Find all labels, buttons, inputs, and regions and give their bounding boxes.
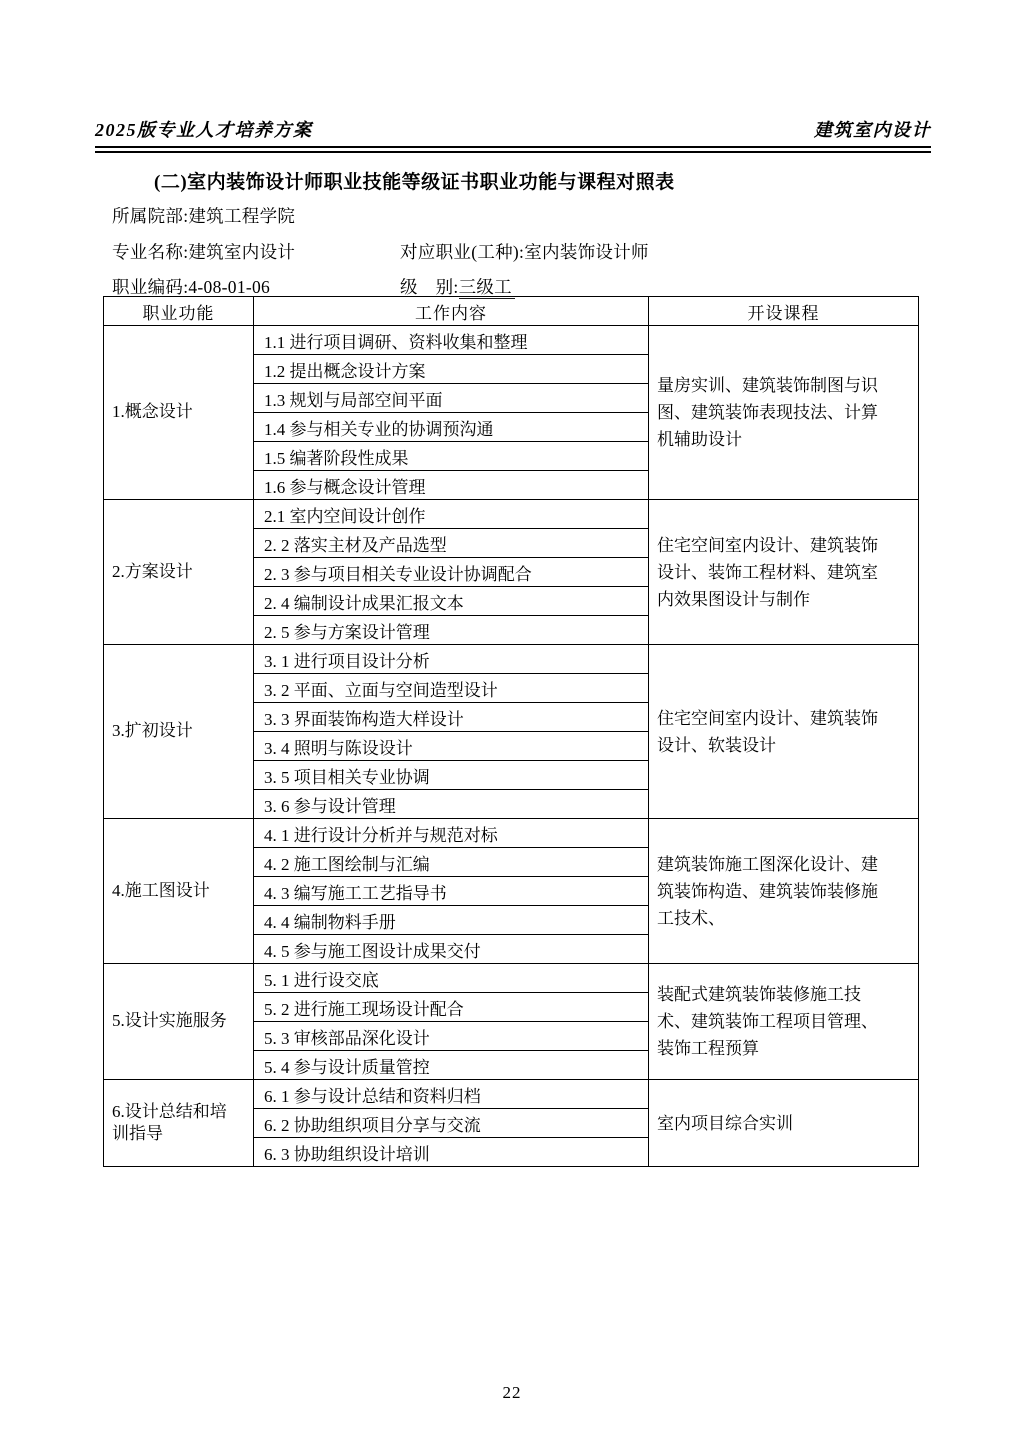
task-cell: 1.1 进行项目调研、资料收集和整理 xyxy=(254,326,649,355)
task-cell: 3. 6 参与设计管理 xyxy=(254,790,649,819)
task-cell: 2. 2 落实主材及产品选型 xyxy=(254,529,649,558)
task-cell: 5. 2 进行施工现场设计配合 xyxy=(254,993,649,1022)
task-cell: 4. 3 编写施工工艺指导书 xyxy=(254,877,649,906)
table-row: 1.概念设计1.1 进行项目调研、资料收集和整理量房实训、建筑装饰制图与识图、建… xyxy=(104,326,919,355)
section-title: (二)室内装饰设计师职业技能等级证书职业功能与课程对照表 xyxy=(154,167,675,194)
code-value: 4-08-01-06 xyxy=(188,277,270,297)
function-cell: 6.设计总结和培训指导 xyxy=(104,1080,254,1167)
task-cell: 5. 3 审核部品深化设计 xyxy=(254,1022,649,1051)
table-header-row: 职业功能工作内容开设课程 xyxy=(104,297,919,326)
department-value: 建筑工程学院 xyxy=(188,206,295,226)
function-cell: 4.施工图设计 xyxy=(104,819,254,964)
course-table-body: 职业功能工作内容开设课程1.概念设计1.1 进行项目调研、资料收集和整理量房实训… xyxy=(104,297,919,1167)
table-row: 3.扩初设计3. 1 进行项目设计分析住宅空间室内设计、建筑装饰设计、软装设计 xyxy=(104,645,919,674)
course-cell: 装配式建筑装饰装修施工技术、建筑装饰工程项目管理、装饰工程预算 xyxy=(649,964,919,1080)
major-value: 建筑室内设计 xyxy=(188,242,295,262)
task-cell: 5. 1 进行设交底 xyxy=(254,964,649,993)
task-cell: 2. 5 参与方案设计管理 xyxy=(254,616,649,645)
department-label: 所属院部: xyxy=(112,206,188,226)
task-cell: 1.3 规划与局部空间平面 xyxy=(254,384,649,413)
task-cell: 4. 2 施工图绘制与汇编 xyxy=(254,848,649,877)
task-cell: 3. 1 进行项目设计分析 xyxy=(254,645,649,674)
page-header: 2025版专业人才培养方案 建筑室内设计 xyxy=(95,116,931,142)
task-cell: 2.1 室内空间设计创作 xyxy=(254,500,649,529)
column-header: 开设课程 xyxy=(649,297,919,326)
task-cell: 5. 4 参与设计质量管控 xyxy=(254,1051,649,1080)
course-table: 职业功能工作内容开设课程1.概念设计1.1 进行项目调研、资料收集和整理量房实训… xyxy=(103,296,919,1167)
course-cell: 住宅空间室内设计、建筑装饰设计、软装设计 xyxy=(649,645,919,819)
task-cell: 2. 4 编制设计成果汇报文本 xyxy=(254,587,649,616)
task-cell: 3. 4 照明与陈设设计 xyxy=(254,732,649,761)
table-row: 6.设计总结和培训指导6. 1 参与设计总结和资料归档室内项目综合实训 xyxy=(104,1080,919,1109)
table-row: 5.设计实施服务5. 1 进行设交底装配式建筑装饰装修施工技术、建筑装饰工程项目… xyxy=(104,964,919,993)
major-label: 专业名称: xyxy=(112,242,188,262)
document-page: 2025版专业人才培养方案 建筑室内设计 (二)室内装饰设计师职业技能等级证书职… xyxy=(0,0,1024,1448)
course-cell: 量房实训、建筑装饰制图与识图、建筑装饰表现技法、计算机辅助设计 xyxy=(649,326,919,500)
task-cell: 4. 1 进行设计分析并与规范对标 xyxy=(254,819,649,848)
task-cell: 6. 1 参与设计总结和资料归档 xyxy=(254,1080,649,1109)
meta-line-department: 所属院部:建筑工程学院 xyxy=(112,203,295,228)
task-cell: 3. 2 平面、立面与空间造型设计 xyxy=(254,674,649,703)
task-cell: 4. 4 编制物料手册 xyxy=(254,906,649,935)
column-header: 职业功能 xyxy=(104,297,254,326)
task-cell: 6. 3 协助组织设计培训 xyxy=(254,1138,649,1167)
major-field: 专业名称:建筑室内设计 xyxy=(112,239,400,264)
page-number: 22 xyxy=(0,1383,1024,1403)
function-cell: 5.设计实施服务 xyxy=(104,964,254,1080)
function-cell: 1.概念设计 xyxy=(104,326,254,500)
task-cell: 1.2 提出概念设计方案 xyxy=(254,355,649,384)
header-left-text: 2025版专业人才培养方案 xyxy=(95,116,313,142)
table-row: 2.方案设计2.1 室内空间设计创作住宅空间室内设计、建筑装饰设计、装饰工程材料… xyxy=(104,500,919,529)
task-cell: 2. 3 参与项目相关专业设计协调配合 xyxy=(254,558,649,587)
task-cell: 4. 5 参与施工图设计成果交付 xyxy=(254,935,649,964)
column-header: 工作内容 xyxy=(254,297,649,326)
task-cell: 6. 2 协助组织项目分享与交流 xyxy=(254,1109,649,1138)
level-label: 级 别: xyxy=(400,277,459,297)
task-cell: 1.6 参与概念设计管理 xyxy=(254,471,649,500)
function-cell: 2.方案设计 xyxy=(104,500,254,645)
function-cell: 3.扩初设计 xyxy=(104,645,254,819)
table-row: 4.施工图设计4. 1 进行设计分析并与规范对标建筑装饰施工图深化设计、建筑装饰… xyxy=(104,819,919,848)
header-rule xyxy=(95,146,931,153)
header-right-text: 建筑室内设计 xyxy=(814,116,931,142)
course-cell: 室内项目综合实训 xyxy=(649,1080,919,1167)
occupation-label: 对应职业(工种): xyxy=(400,242,524,262)
meta-line-major: 专业名称:建筑室内设计对应职业(工种):室内装饰设计师 xyxy=(112,239,649,264)
course-cell: 住宅空间室内设计、建筑装饰设计、装饰工程材料、建筑室内效果图设计与制作 xyxy=(649,500,919,645)
course-cell: 建筑装饰施工图深化设计、建筑装饰构造、建筑装饰装修施工技术、 xyxy=(649,819,919,964)
task-cell: 3. 3 界面装饰构造大样设计 xyxy=(254,703,649,732)
task-cell: 1.5 编著阶段性成果 xyxy=(254,442,649,471)
code-label: 职业编码: xyxy=(112,277,188,297)
occupation-value: 室内装饰设计师 xyxy=(524,242,649,262)
task-cell: 1.4 参与相关专业的协调预沟通 xyxy=(254,413,649,442)
task-cell: 3. 5 项目相关专业协调 xyxy=(254,761,649,790)
